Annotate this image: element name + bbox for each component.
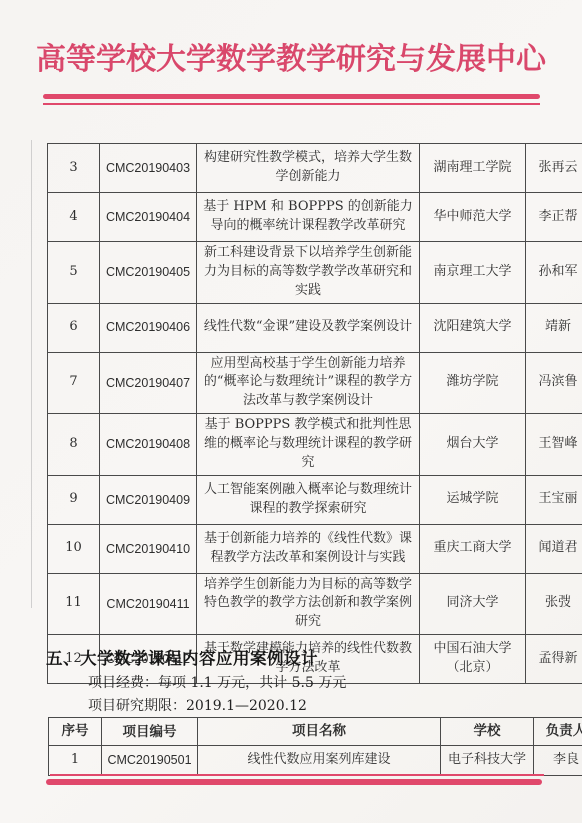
cell-name: 线性代数“金课”建设及教学案例设计	[197, 303, 420, 352]
table-row: 4CMC20190404基于 HPM 和 BOPPPS 的创新能力导向的概率统计…	[48, 193, 582, 242]
cell-name: 新工科建设背景下以培养学生创新能力为目标的高等数学教学改革研究和实践	[197, 242, 420, 304]
cell-school: 重庆工商大学	[420, 524, 526, 573]
cell-code: CMC20190403	[100, 144, 197, 193]
scan-artifact-line	[31, 140, 32, 608]
cell-code: CMC20190410	[100, 524, 197, 573]
table-row: 1CMC20190501线性代数应用案列库建设电子科技大学李良	[49, 746, 582, 776]
cell-code: CMC20190411	[100, 573, 197, 635]
cell-name: 基于 BOPPPS 教学模式和批判性思维的概率论与数理统计课程的教学研究	[197, 414, 420, 476]
table-row: 5CMC20190405新工科建设背景下以培养学生创新能力为目标的高等数学教学改…	[48, 242, 582, 304]
table-row: 3CMC20190403构建研究性教学模式，培养大学生数学创新能力湖南理工学院张…	[48, 144, 582, 193]
table-row: 7CMC20190407应用型高校基于学生创新能力培养的“概率论与数理统计”课程…	[48, 352, 582, 414]
cell-leader: 张再云	[526, 144, 582, 193]
cell-code: CMC20190409	[100, 475, 197, 524]
table-row: 9CMC20190409人工智能案例融入概率论与数理统计课程的教学探索研究运城学…	[48, 475, 582, 524]
cell-school: 潍坊学院	[420, 352, 526, 414]
cell-school: 中国石油大学（北京）	[420, 635, 526, 684]
table-row: 10CMC20190410基于创新能力培养的《线性代数》课程教学方法改革和案例设…	[48, 524, 582, 573]
cell-no: 1	[49, 746, 102, 776]
cell-name: 线性代数应用案列库建设	[198, 746, 441, 776]
projects-table: 3CMC20190403构建研究性教学模式，培养大学生数学创新能力湖南理工学院张…	[47, 143, 582, 684]
header-cell-no: 序号	[49, 718, 102, 746]
case-design-table: 序号 项目编号 项目名称 学校 负责人 1CMC20190501线性代数应用案列…	[48, 717, 582, 776]
cell-code: CMC20190408	[100, 414, 197, 476]
cell-code: CMC20190404	[100, 193, 197, 242]
cell-name: 基于 HPM 和 BOPPPS 的创新能力导向的概率统计课程教学改革研究	[197, 193, 420, 242]
cell-school: 华中师范大学	[420, 193, 526, 242]
cell-no: 10	[48, 524, 100, 573]
cell-no: 9	[48, 475, 100, 524]
section5-period-line: 项目研究期限：2019.1—2020.12	[88, 695, 307, 715]
cell-leader: 孙和军	[526, 242, 582, 304]
cell-no: 3	[48, 144, 100, 193]
letterhead-rule-thin	[43, 103, 540, 105]
scanned-document-page: 高等学校大学数学教学研究与发展中心 3CMC20190403构建研究性教学模式，…	[0, 0, 582, 823]
cell-school: 沈阳建筑大学	[420, 303, 526, 352]
cell-name: 构建研究性教学模式，培养大学生数学创新能力	[197, 144, 420, 193]
cell-name: 培养学生创新能力为目标的高等数学特色教学的教学方法创新和教学案例研究	[197, 573, 420, 635]
projects-table-section4: 3CMC20190403构建研究性教学模式，培养大学生数学创新能力湖南理工学院张…	[47, 143, 582, 684]
cell-no: 11	[48, 573, 100, 635]
cell-no: 5	[48, 242, 100, 304]
cell-leader: 李良	[534, 746, 582, 776]
letterhead-rule-thick	[43, 94, 540, 99]
header-cell-name: 项目名称	[198, 718, 441, 746]
cell-code: CMC20190405	[100, 242, 197, 304]
header-cell-school: 学校	[441, 718, 534, 746]
header-cell-code: 项目编号	[102, 718, 198, 746]
cell-school: 电子科技大学	[441, 746, 534, 776]
section5-funding-line: 项目经费：每项 1.1 万元，共计 5.5 万元	[88, 672, 346, 692]
cell-school: 烟台大学	[420, 414, 526, 476]
section5-heading: 五、大学数学课程内容应用案例设计	[46, 645, 318, 669]
cell-name: 基于创新能力培养的《线性代数》课程教学方法改革和案例设计与实践	[197, 524, 420, 573]
cell-no: 7	[48, 352, 100, 414]
table-row: 11CMC20190411培养学生创新能力为目标的高等数学特色教学的教学方法创新…	[48, 573, 582, 635]
cell-school: 同济大学	[420, 573, 526, 635]
cell-no: 8	[48, 414, 100, 476]
cell-leader: 李正帮	[526, 193, 582, 242]
cell-leader: 张弢	[526, 573, 582, 635]
cell-no: 4	[48, 193, 100, 242]
cell-code: CMC20190501	[102, 746, 198, 776]
cell-leader: 王智峰	[526, 414, 582, 476]
cell-code: CMC20190406	[100, 303, 197, 352]
cell-name: 应用型高校基于学生创新能力培养的“概率论与数理统计”课程的教学方法改革与教学案例…	[197, 352, 420, 414]
cell-leader: 冯滨鲁	[526, 352, 582, 414]
case-table-header: 序号 项目编号 项目名称 学校 负责人	[49, 718, 582, 746]
cell-school: 运城学院	[420, 475, 526, 524]
cell-no: 6	[48, 303, 100, 352]
table-row: 8CMC20190408基于 BOPPPS 教学模式和批判性思维的概率论与数理统…	[48, 414, 582, 476]
cell-school: 南京理工大学	[420, 242, 526, 304]
footer-rule-thin	[50, 774, 544, 776]
case-table-header-row: 序号 项目编号 项目名称 学校 负责人	[49, 718, 582, 746]
cell-leader: 靖新	[526, 303, 582, 352]
letterhead-org-title: 高等学校大学数学教学研究与发展中心	[0, 34, 582, 78]
cell-leader: 闻道君	[526, 524, 582, 573]
cell-leader: 王宝丽	[526, 475, 582, 524]
cell-name: 人工智能案例融入概率论与数理统计课程的教学探索研究	[197, 475, 420, 524]
cell-leader: 孟得新	[526, 635, 582, 684]
cell-code: CMC20190407	[100, 352, 197, 414]
header-cell-leader: 负责人	[534, 718, 582, 746]
cell-school: 湖南理工学院	[420, 144, 526, 193]
footer-rule-thick	[46, 779, 542, 785]
case-design-table-wrap: 序号 项目编号 项目名称 学校 负责人 1CMC20190501线性代数应用案列…	[48, 717, 582, 776]
table-row: 6CMC20190406线性代数“金课”建设及教学案例设计沈阳建筑大学靖新	[48, 303, 582, 352]
